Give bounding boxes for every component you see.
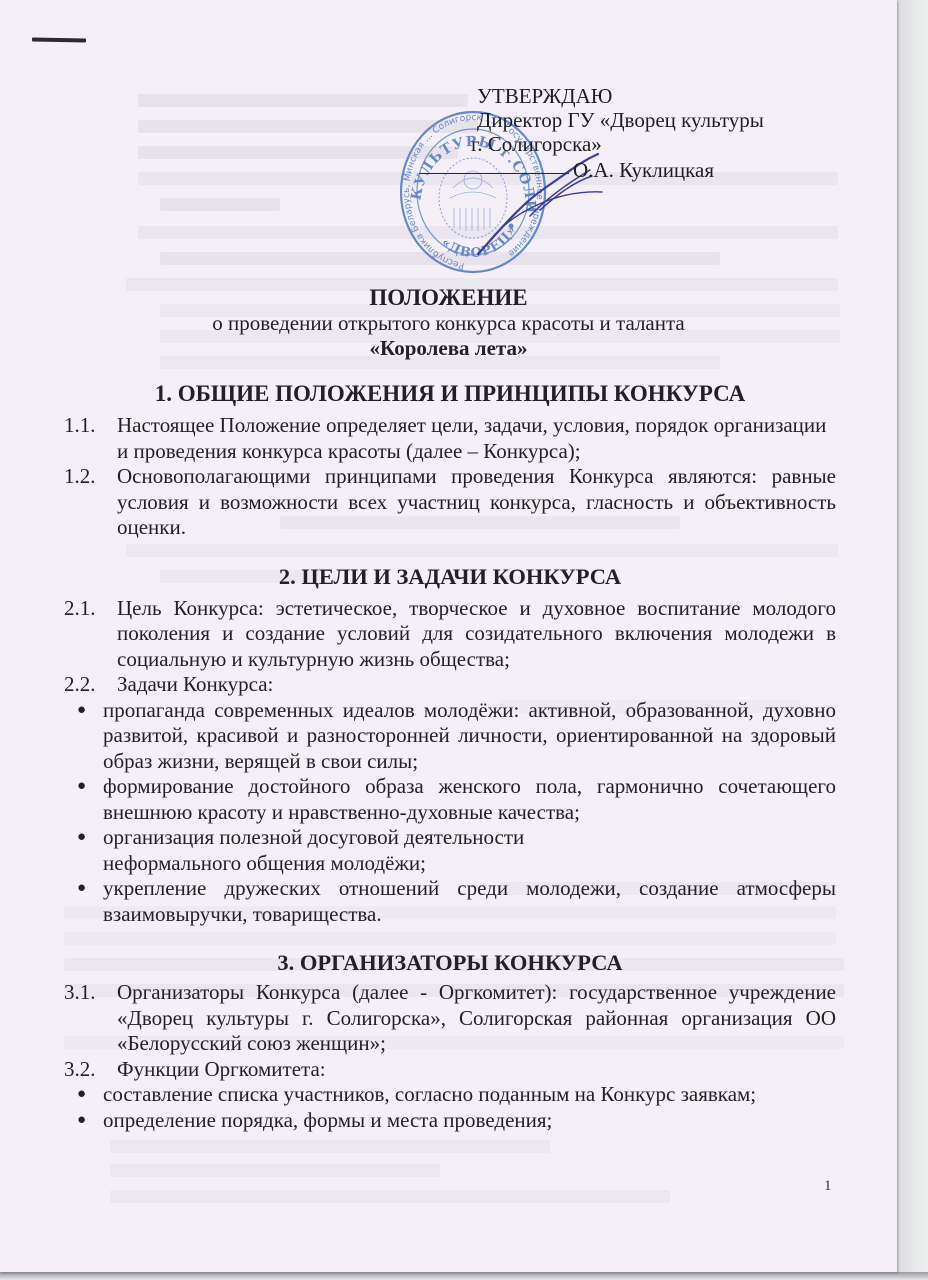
list-item: ● составление списка участников, согласн… — [74, 1082, 836, 1108]
list-item: ● определение порядка, формы и места про… — [74, 1108, 836, 1134]
clause-number: 1.1. — [64, 413, 117, 464]
clause-text: Задачи Конкурса: — [117, 672, 836, 698]
approval-signatory: О.А. Куклицкая — [573, 158, 714, 182]
section-heading-3: 3. ОРГАНИЗАТОРЫ КОНКУРСА — [64, 949, 836, 976]
approval-organization: г. Солигорска» — [471, 132, 764, 156]
clause-number: 2.2. — [64, 672, 117, 698]
bullet-icon: ● — [74, 774, 103, 825]
bullet-icon: ● — [74, 698, 103, 775]
document-title: ПОЛОЖЕНИЕ — [0, 284, 897, 311]
clause-3-2: 3.2. Функции Оргкомитета: — [64, 1057, 836, 1083]
clause-number: 1.2. — [64, 464, 117, 541]
clause-number: 3.2. — [64, 1057, 117, 1083]
approval-heading: УТВЕРЖДАЮ — [477, 84, 764, 108]
approval-block: УТВЕРЖДАЮ Директор ГУ «Дворец культуры г… — [477, 84, 764, 182]
clause-2-1: 2.1. Цель Конкурса: эстетическое, творче… — [64, 596, 836, 673]
corner-mark — [32, 38, 86, 43]
clause-text: Организаторы Конкурса (далее - Оргкомите… — [117, 980, 836, 1057]
document-body: 1. ОБЩИЕ ПОЛОЖЕНИЯ И ПРИНЦИПЫ КОНКУРСА 1… — [64, 376, 836, 1133]
contest-name: «Королева лета» — [0, 336, 897, 361]
document-subtitle: о проведении открытого конкурса красоты … — [0, 311, 897, 336]
section-heading-1: 1. ОБЩИЕ ПОЛОЖЕНИЯ И ПРИНЦИПЫ КОНКУРСА — [64, 380, 836, 407]
document-page: Республика Беларусь, Минская … Солигорск… — [0, 0, 897, 1272]
tasks-list: ● пропаганда современных идеалов молодёж… — [64, 698, 836, 928]
document-title-block: ПОЛОЖЕНИЕ о проведении открытого конкурс… — [0, 284, 897, 361]
clause-text: Функции Оргкомитета: — [117, 1057, 836, 1083]
bullet-icon: ● — [74, 1082, 103, 1108]
list-item: ● пропаганда современных идеалов молодёж… — [74, 698, 836, 775]
scan-background-bottom — [0, 1272, 928, 1280]
clause-text: Основополагающими принципами проведения … — [117, 464, 836, 541]
list-item: ● организация полезной досуговой деятель… — [74, 825, 836, 876]
bullet-icon: ● — [74, 876, 103, 927]
scan-background-edge — [897, 0, 928, 1280]
bullet-icon: ● — [74, 825, 103, 876]
signature-line — [419, 173, 569, 174]
approval-signature-row: О.А. Куклицкая — [419, 158, 764, 182]
clause-3-1: 3.1. Организаторы Конкурса (далее - Оргк… — [64, 980, 836, 1057]
section-heading-2: 2. ЦЕЛИ И ЗАДАЧИ КОНКУРСА — [64, 563, 836, 590]
clause-number: 3.1. — [64, 980, 117, 1057]
orgcommittee-functions-list: ● составление списка участников, согласн… — [64, 1082, 836, 1133]
clause-1-2: 1.2. Основополагающими принципами провед… — [64, 464, 836, 541]
clause-number: 2.1. — [64, 596, 117, 673]
clause-text: Цель Конкурса: эстетическое, творческое … — [117, 596, 836, 673]
clause-text: Настоящее Положение определяет цели, зад… — [117, 413, 836, 464]
clause-1-1: 1.1. Настоящее Положение определяет цели… — [64, 413, 836, 464]
clause-2-2: 2.2. Задачи Конкурса: — [64, 672, 836, 698]
page-number: 1 — [824, 1178, 832, 1195]
approval-position: Директор ГУ «Дворец культуры — [477, 108, 764, 132]
list-item: ● формирование достойного образа женског… — [74, 774, 836, 825]
bullet-icon: ● — [74, 1108, 103, 1134]
list-item: ● укрепление дружеских отношений среди м… — [74, 876, 836, 927]
